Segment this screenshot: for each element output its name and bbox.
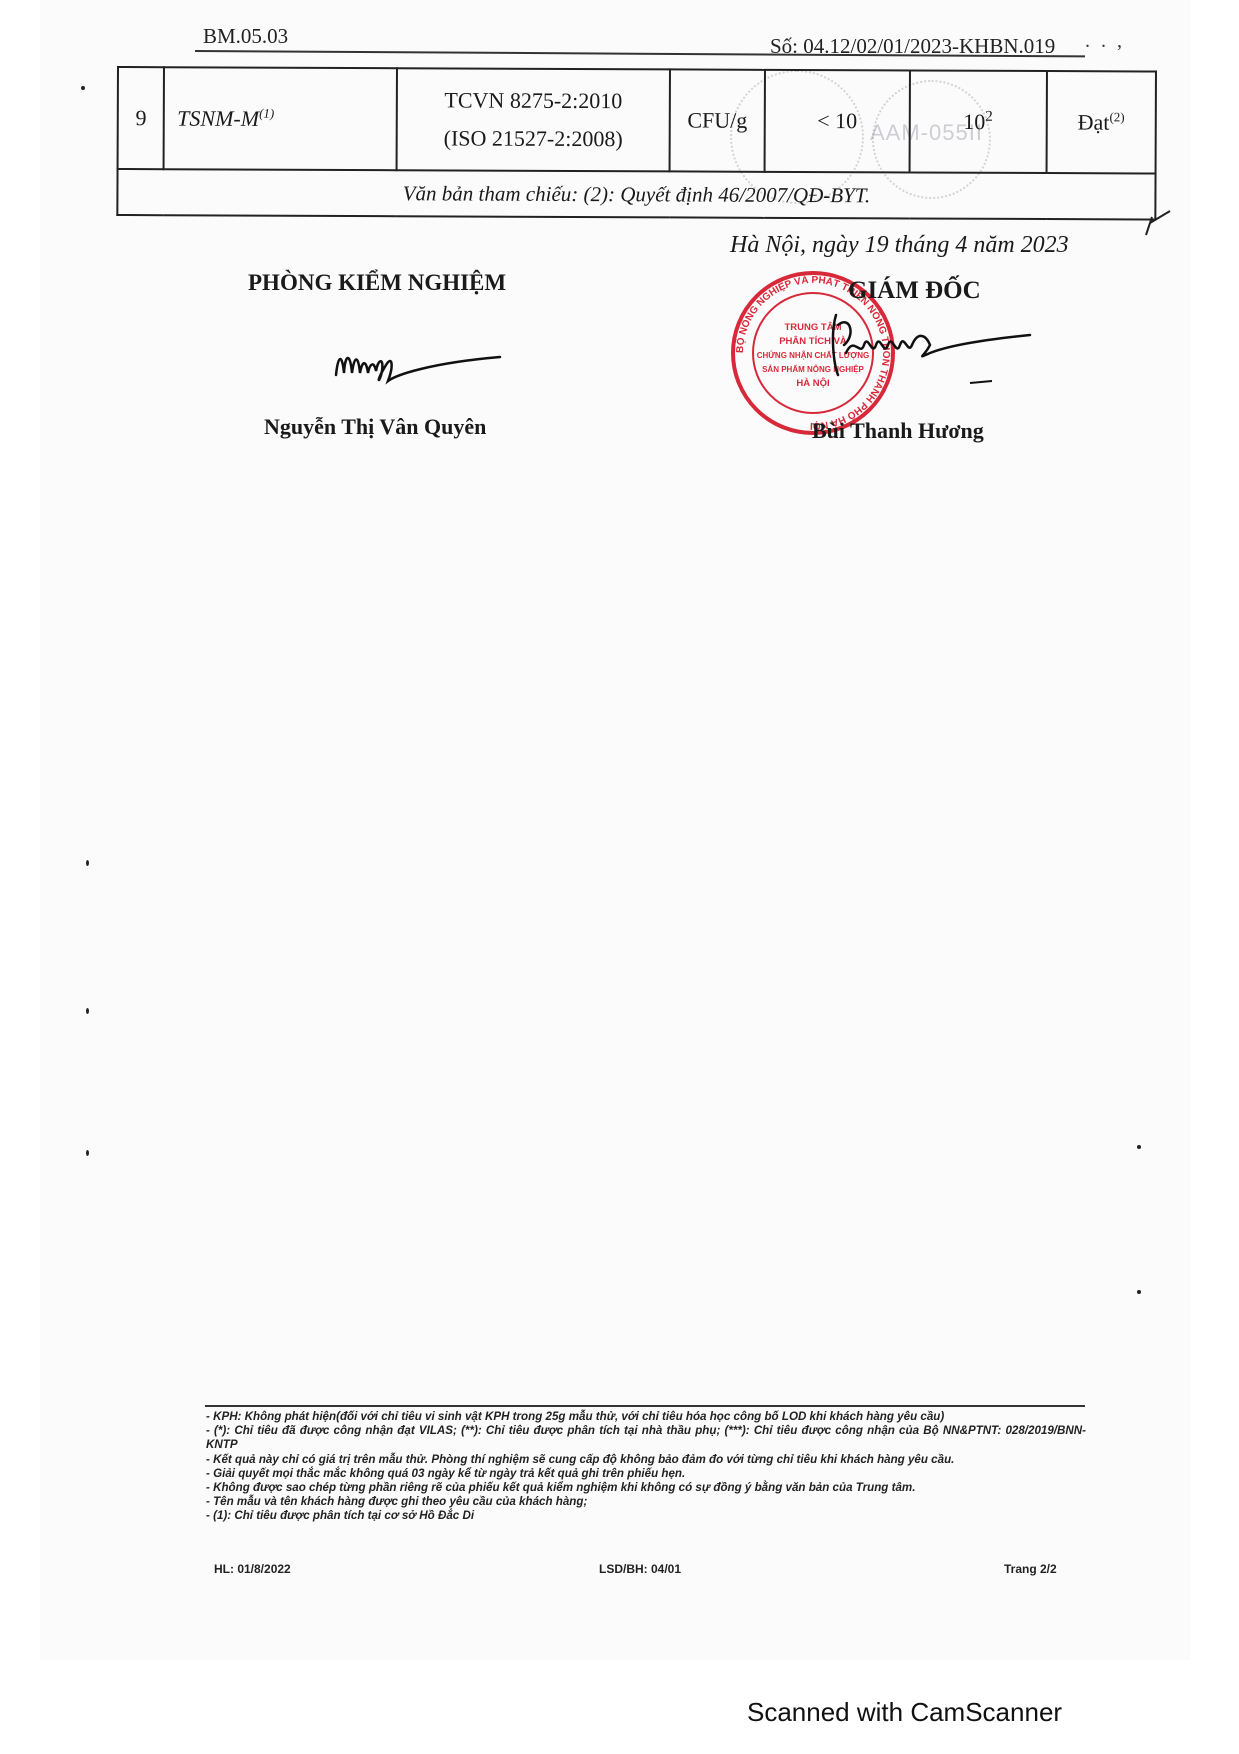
method-line-1: TCVN 8275-2:2010 <box>398 81 669 120</box>
director-name: Bùi Thanh Hương <box>812 418 984 444</box>
footnote: - Không được sao chép từng phần riêng rẽ… <box>206 1481 1086 1495</box>
lab-title: PHÒNG KIỂM NGHIỆM <box>248 270 506 296</box>
cell-limit: 102 <box>909 70 1047 173</box>
indicator-text: TSNM-M <box>177 105 259 130</box>
scanner-watermark: Scanned with CamScanner <box>747 1697 1062 1728</box>
page-number: Trang 2/2 <box>1004 1562 1057 1576</box>
evaluation-footnote: (2) <box>1109 109 1124 124</box>
scan-speck <box>81 86 85 90</box>
footnote: - Giải quyết mọi thắc mắc không quá 03 n… <box>206 1467 1086 1481</box>
table-row: 9 TSNM-M(1) TCVN 8275-2:2010 (ISO 21527-… <box>118 67 1156 174</box>
scan-speck <box>86 860 89 866</box>
scan-marks: . . , <box>1085 30 1125 53</box>
footnote-rule <box>205 1405 1085 1407</box>
reference-row: Văn bản tham chiếu: (2): Quyết định 46/2… <box>117 169 1155 220</box>
scan-speck <box>86 1150 89 1156</box>
date-line: Hà Nội, ngày 19 tháng 4 năm 2023 <box>730 232 1069 259</box>
revision-code: LSD/BH: 04/01 <box>599 1562 681 1576</box>
cell-stt: 9 <box>118 67 165 169</box>
footnote: - Tên mẫu và tên khách hàng được ghi the… <box>206 1495 1086 1509</box>
cell-method: TCVN 8275-2:2010 (ISO 21527-2:2008) <box>397 68 670 171</box>
scan-corner-mark <box>1140 205 1180 245</box>
evaluation-text: Đạt <box>1078 109 1110 134</box>
footnote: - (*): Chỉ tiêu đã được công nhận đạt VI… <box>206 1424 1086 1452</box>
director-title: GIÁM ĐỐC <box>848 277 981 305</box>
cell-indicator: TSNM-M(1) <box>164 67 397 170</box>
effective-date: HL: 01/8/2022 <box>214 1562 291 1576</box>
method-line-2: (ISO 21527-2:2008) <box>398 119 669 158</box>
reference-text: Văn bản tham chiếu: (2): Quyết định 46/2… <box>117 169 1155 220</box>
scan-speck <box>1137 1290 1141 1294</box>
lab-signature <box>330 335 510 395</box>
cell-result: < 10 <box>765 70 910 173</box>
director-signature <box>820 305 1050 415</box>
form-code: BM.05.03 <box>203 24 288 49</box>
indicator-footnote: (1) <box>259 105 274 120</box>
result-table: 9 TSNM-M(1) TCVN 8275-2:2010 (ISO 21527-… <box>116 66 1157 221</box>
lab-signer-name: Nguyễn Thị Vân Quyên <box>264 414 486 440</box>
footnote: - KPH: Không phát hiện(đối với chỉ tiêu … <box>206 1410 1086 1424</box>
footnotes: - KPH: Không phát hiện(đối với chỉ tiêu … <box>206 1410 1086 1524</box>
cell-unit: CFU/g <box>669 69 765 171</box>
scan-speck <box>1137 1145 1141 1149</box>
limit-base: 10 <box>963 109 985 134</box>
scan-speck <box>86 1008 89 1014</box>
footnote: - Kết quả này chỉ có giá trị trên mẫu th… <box>206 1453 1086 1467</box>
footnote: - (1): Chỉ tiêu được phân tích tại cơ sở… <box>206 1509 1086 1523</box>
cell-evaluation: Đạt(2) <box>1046 71 1156 173</box>
limit-exponent: 2 <box>985 109 993 125</box>
